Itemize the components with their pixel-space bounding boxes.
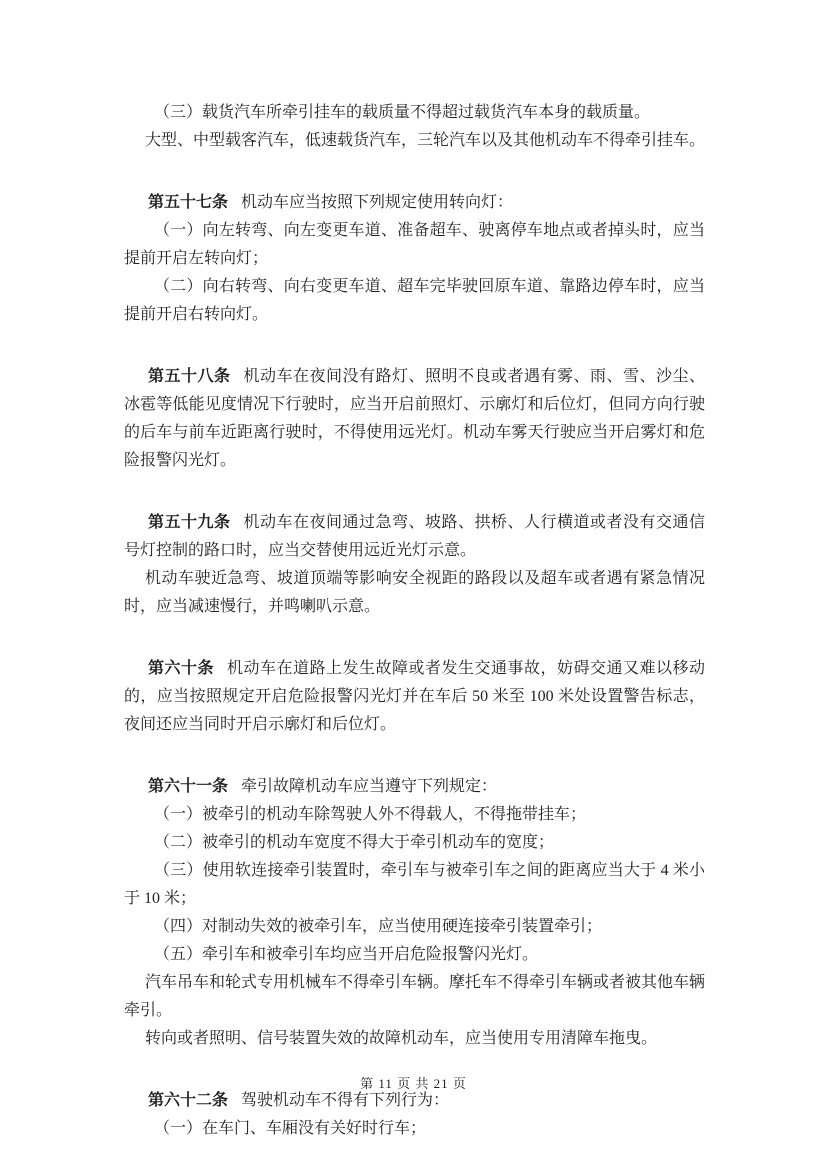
article-61-text: 牵引故障机动车应当遵守下列规定： [241, 778, 497, 795]
article-59: 第五十九条机动车在夜间通过急弯、坡路、拱桥、人行横道或者没有交通信号灯控制的路口… [124, 509, 705, 565]
article-58-number: 第五十八条 [148, 368, 231, 385]
article-60: 第六十条机动车在道路上发生故障或者发生交通事故，妨碍交通又难以移动的，应当按照规… [124, 655, 705, 739]
article-61: 第六十一条牵引故障机动车应当遵守下列规定： [124, 773, 705, 801]
article-61-item-2: （二）被牵引的机动车宽度不得大于牵引机动车的宽度； [124, 829, 705, 857]
article-61-item-4: （四）对制动失效的被牵引车，应当使用硬连接牵引装置牵引； [124, 913, 705, 941]
article-59-paragraph-2: 机动车驶近急弯、坡道顶端等影响安全视距的路段以及超车或者遇有紧急情况时，应当减速… [124, 565, 705, 621]
article-57-item-2: （二）向右转弯、向右变更车道、超车完毕驶回原车道、靠路边停车时，应当提前开启右转… [124, 273, 705, 329]
article-60-number: 第六十条 [148, 660, 214, 677]
article-59-number: 第五十九条 [148, 514, 231, 531]
article-61-paragraph-2: 汽车吊车和轮式专用机械车不得牵引车辆。摩托车不得牵引车辆或者被其他车辆牵引。 [124, 969, 705, 1025]
article-61-item-5: （五）牵引车和被牵引车均应当开启危险报警闪光灯。 [124, 941, 705, 969]
paragraph-clause-3: （三）载货汽车所牵引挂车的载质量不得超过载货汽车本身的载质量。 [124, 99, 705, 127]
article-57-number: 第五十七条 [148, 194, 228, 211]
article-61-paragraph-3: 转向或者照明、信号装置失效的故障机动车，应当使用专用清障车拖曳。 [124, 1025, 705, 1053]
article-61-item-3: （三）使用软连接牵引装置时，牵引车与被牵引车之间的距离应当大于 4 米小于 10… [124, 857, 705, 913]
article-61-number: 第六十一条 [148, 778, 228, 795]
article-62-text: 驾驶机动车不得有下列行为： [241, 1092, 449, 1109]
article-57: 第五十七条机动车应当按照下列规定使用转向灯： [124, 189, 705, 217]
article-57-item-1: （一）向左转弯、向左变更车道、准备超车、驶离停车地点或者掉头时，应当提前开启左转… [124, 217, 705, 273]
article-62-item-1: （一）在车门、车厢没有关好时行车； [124, 1115, 705, 1143]
article-61-item-1: （一）被牵引的机动车除驾驶人外不得载人，不得拖带挂车； [124, 801, 705, 829]
article-58: 第五十八条机动车在夜间没有路灯、照明不良或者遇有雾、雨、雪、沙尘、冰雹等低能见度… [124, 363, 705, 475]
page-number-footer: 第 11 页 共 21 页 [0, 1075, 827, 1093]
paragraph-towing-restriction: 大型、中型载客汽车，低速载货汽车，三轮汽车以及其他机动车不得牵引挂车。 [124, 127, 705, 155]
article-57-text: 机动车应当按照下列规定使用转向灯： [241, 194, 513, 211]
article-62-number: 第六十二条 [148, 1092, 228, 1109]
document-body: （三）载货汽车所牵引挂车的载质量不得超过载货汽车本身的载质量。 大型、中型载客汽… [124, 99, 705, 1143]
document-page: （三）载货汽车所牵引挂车的载质量不得超过载货汽车本身的载质量。 大型、中型载客汽… [0, 0, 827, 1170]
